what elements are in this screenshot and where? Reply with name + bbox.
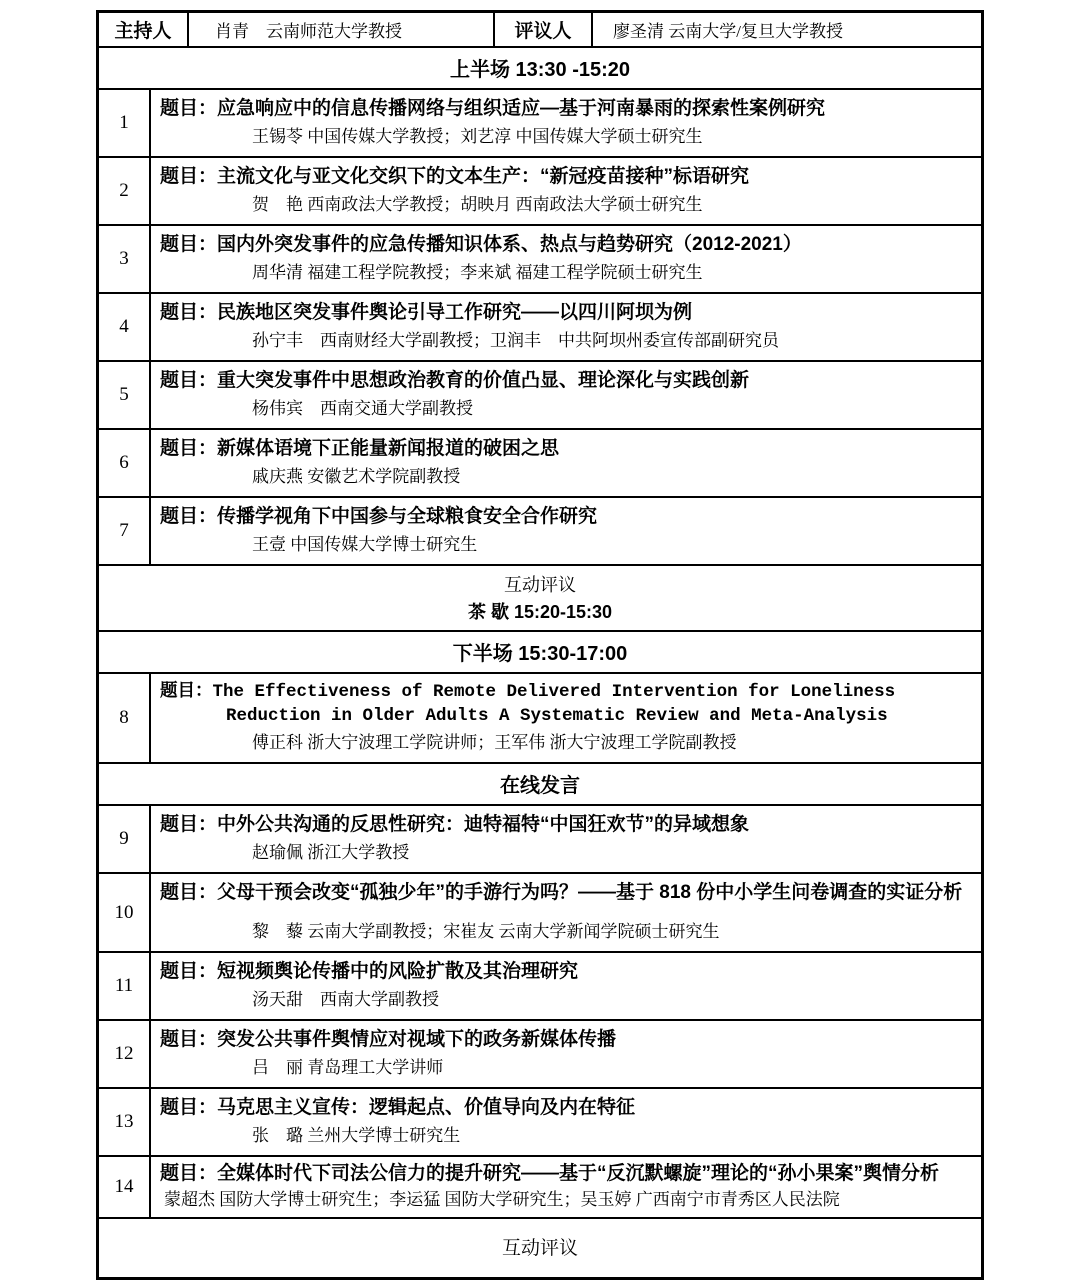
row-number: 8 [99, 674, 151, 762]
section-first-half: 上半场 13:30 -15:20 [99, 48, 981, 90]
paper-title: 题目：中外公共沟通的反思性研究：迪特福特“中国狂欢节”的异域想象 [160, 812, 969, 838]
paper-cell: 题目：主流文化与亚文化交织下的文本生产：“新冠疫苗接种”标语研究 贺 艳 西南政… [151, 158, 981, 224]
section-second-half: 下半场 15:30-17:00 [99, 632, 981, 674]
host-value: 肖青 云南师范大学教授 [189, 13, 495, 46]
interactive-review-note: 互动评议 [99, 571, 981, 597]
row-number: 6 [99, 430, 151, 496]
paper-authors: 王壹 中国传媒大学博士研究生 [160, 533, 969, 557]
paper-title: 题目：应急响应中的信息传播网络与组织适应—基于河南暴雨的探索性案例研究 [160, 96, 969, 122]
row-number: 12 [99, 1021, 151, 1087]
paper-authors: 王锡苓 中国传媒大学教授；刘艺淳 中国传媒大学硕士研究生 [160, 125, 969, 149]
row-number: 13 [99, 1089, 151, 1155]
paper-cell: 题目：重大突发事件中思想政治教育的价值凸显、理论深化与实践创新 杨伟宾 西南交通… [151, 362, 981, 428]
paper-authors: 赵瑜佩 浙江大学教授 [160, 841, 969, 865]
program-table: 主持人 肖青 云南师范大学教授 评议人 廖圣清 云南大学/复旦大学教授 上半场 … [96, 10, 984, 1280]
paper-cell: 题目：传播学视角下中国参与全球粮食安全合作研究 王壹 中国传媒大学博士研究生 [151, 498, 981, 564]
paper-title: 题目：The Effectiveness of Remote Delivered… [160, 680, 969, 728]
row-number: 14 [99, 1157, 151, 1217]
paper-title: 题目：新媒体语境下正能量新闻报道的破困之思 [160, 436, 969, 462]
paper-authors: 杨伟宾 西南交通大学副教授 [160, 397, 969, 421]
host-label: 主持人 [99, 13, 189, 46]
header-row: 主持人 肖青 云南师范大学教授 评议人 廖圣清 云南大学/复旦大学教授 [99, 13, 981, 48]
interlude-row: 互动评议 茶 歇 15:20-15:30 [99, 566, 981, 632]
paper-title: 题目：短视频舆论传播中的风险扩散及其治理研究 [160, 959, 969, 985]
paper-cell: 题目：马克思主义宣传：逻辑起点、价值导向及内在特征 张 璐 兰州大学博士研究生 [151, 1089, 981, 1155]
paper-row: 5 题目：重大突发事件中思想政治教育的价值凸显、理论深化与实践创新 杨伟宾 西南… [99, 362, 981, 430]
paper-row: 7 题目：传播学视角下中国参与全球粮食安全合作研究 王壹 中国传媒大学博士研究生 [99, 498, 981, 566]
paper-row: 6 题目：新媒体语境下正能量新闻报道的破困之思 戚庆燕 安徽艺术学院副教授 [99, 430, 981, 498]
paper-authors: 戚庆燕 安徽艺术学院副教授 [160, 465, 969, 489]
paper-row: 11 题目：短视频舆论传播中的风险扩散及其治理研究 汤天甜 西南大学副教授 [99, 953, 981, 1021]
paper-title: 题目：主流文化与亚文化交织下的文本生产：“新冠疫苗接种”标语研究 [160, 164, 969, 190]
paper-cell: 题目：The Effectiveness of Remote Delivered… [151, 674, 981, 762]
paper-authors: 周华清 福建工程学院教授；李来斌 福建工程学院硕士研究生 [160, 261, 969, 285]
row-number: 5 [99, 362, 151, 428]
paper-authors: 张 璐 兰州大学博士研究生 [160, 1124, 969, 1148]
paper-title: 题目：突发公共事件舆情应对视域下的政务新媒体传播 [160, 1027, 969, 1053]
paper-row: 13 题目：马克思主义宣传：逻辑起点、价值导向及内在特征 张 璐 兰州大学博士研… [99, 1089, 981, 1157]
paper-authors: 黎 藜 云南大学副教授；宋崔友 云南大学新闻学院硕士研究生 [160, 920, 969, 944]
paper-cell: 题目：国内外突发事件的应急传播知识体系、热点与趋势研究（2012-2021） 周… [151, 226, 981, 292]
paper-authors: 孙宁丰 西南财经大学副教授；卫润丰 中共阿坝州委宣传部副研究员 [160, 329, 969, 353]
paper-title: 题目：国内外突发事件的应急传播知识体系、热点与趋势研究（2012-2021） [160, 232, 969, 258]
paper-row: 1 题目：应急响应中的信息传播网络与组织适应—基于河南暴雨的探索性案例研究 王锡… [99, 90, 981, 158]
paper-title: 题目：父母干预会改变“孤独少年”的手游行为吗？——基于 818 份中小学生问卷调… [160, 880, 969, 906]
paper-cell: 题目：中外公共沟通的反思性研究：迪特福特“中国狂欢节”的异域想象 赵瑜佩 浙江大… [151, 806, 981, 872]
paper-authors: 贺 艳 西南政法大学教授；胡映月 西南政法大学硕士研究生 [160, 193, 969, 217]
row-number: 7 [99, 498, 151, 564]
row-number: 11 [99, 953, 151, 1019]
paper-title: 题目：传播学视角下中国参与全球粮食安全合作研究 [160, 504, 969, 530]
paper-row: 4 题目：民族地区突发事件舆论引导工作研究——以四川阿坝为例 孙宁丰 西南财经大… [99, 294, 981, 362]
reviewer-value: 廖圣清 云南大学/复旦大学教授 [593, 13, 981, 46]
paper-title: 题目：民族地区突发事件舆论引导工作研究——以四川阿坝为例 [160, 300, 969, 326]
paper-cell: 题目：父母干预会改变“孤独少年”的手游行为吗？——基于 818 份中小学生问卷调… [151, 874, 981, 951]
paper-row: 2 题目：主流文化与亚文化交织下的文本生产：“新冠疫苗接种”标语研究 贺 艳 西… [99, 158, 981, 226]
row-number: 10 [99, 874, 151, 951]
paper-cell: 题目：应急响应中的信息传播网络与组织适应—基于河南暴雨的探索性案例研究 王锡苓 … [151, 90, 981, 156]
section-online: 在线发言 [99, 764, 981, 806]
page: 主持人 肖青 云南师范大学教授 评议人 廖圣清 云南大学/复旦大学教授 上半场 … [0, 0, 1080, 1094]
row-number: 9 [99, 806, 151, 872]
row-number: 1 [99, 90, 151, 156]
paper-title: 题目：马克思主义宣传：逻辑起点、价值导向及内在特征 [160, 1095, 969, 1121]
closing-review-cell: 互动评议 [99, 1219, 981, 1277]
row-number: 2 [99, 158, 151, 224]
paper-title: 题目：全媒体时代下司法公信力的提升研究——基于“反沉默螺旋”理论的“孙小果案”舆… [160, 1161, 969, 1187]
paper-row: 9 题目：中外公共沟通的反思性研究：迪特福特“中国狂欢节”的异域想象 赵瑜佩 浙… [99, 806, 981, 874]
paper-row: 12 题目：突发公共事件舆情应对视域下的政务新媒体传播 吕 丽 青岛理工大学讲师 [99, 1021, 981, 1089]
paper-cell: 题目：全媒体时代下司法公信力的提升研究——基于“反沉默螺旋”理论的“孙小果案”舆… [151, 1157, 981, 1217]
paper-authors: 蒙超杰 国防大学博士研究生；李运猛 国防大学研究生；吴玉婷 广西南宁市青秀区人民… [160, 1188, 969, 1212]
paper-authors: 汤天甜 西南大学副教授 [160, 988, 969, 1012]
paper-row: 3 题目：国内外突发事件的应急传播知识体系、热点与趋势研究（2012-2021）… [99, 226, 981, 294]
paper-row: 8 题目：The Effectiveness of Remote Deliver… [99, 674, 981, 764]
paper-title: 题目：重大突发事件中思想政治教育的价值凸显、理论深化与实践创新 [160, 368, 969, 394]
tea-break-note: 茶 歇 15:20-15:30 [99, 598, 981, 624]
paper-authors: 傅正科 浙大宁波理工学院讲师；王军伟 浙大宁波理工学院副教授 [160, 731, 969, 755]
paper-cell: 题目：新媒体语境下正能量新闻报道的破困之思 戚庆燕 安徽艺术学院副教授 [151, 430, 981, 496]
row-number: 3 [99, 226, 151, 292]
paper-cell: 题目：民族地区突发事件舆论引导工作研究——以四川阿坝为例 孙宁丰 西南财经大学副… [151, 294, 981, 360]
paper-row: 14 题目：全媒体时代下司法公信力的提升研究——基于“反沉默螺旋”理论的“孙小果… [99, 1157, 981, 1219]
paper-cell: 题目：短视频舆论传播中的风险扩散及其治理研究 汤天甜 西南大学副教授 [151, 953, 981, 1019]
row-number: 4 [99, 294, 151, 360]
paper-cell: 题目：突发公共事件舆情应对视域下的政务新媒体传播 吕 丽 青岛理工大学讲师 [151, 1021, 981, 1087]
paper-authors: 吕 丽 青岛理工大学讲师 [160, 1056, 969, 1080]
paper-row: 10 题目：父母干预会改变“孤独少年”的手游行为吗？——基于 818 份中小学生… [99, 874, 981, 953]
reviewer-label: 评议人 [495, 13, 593, 46]
